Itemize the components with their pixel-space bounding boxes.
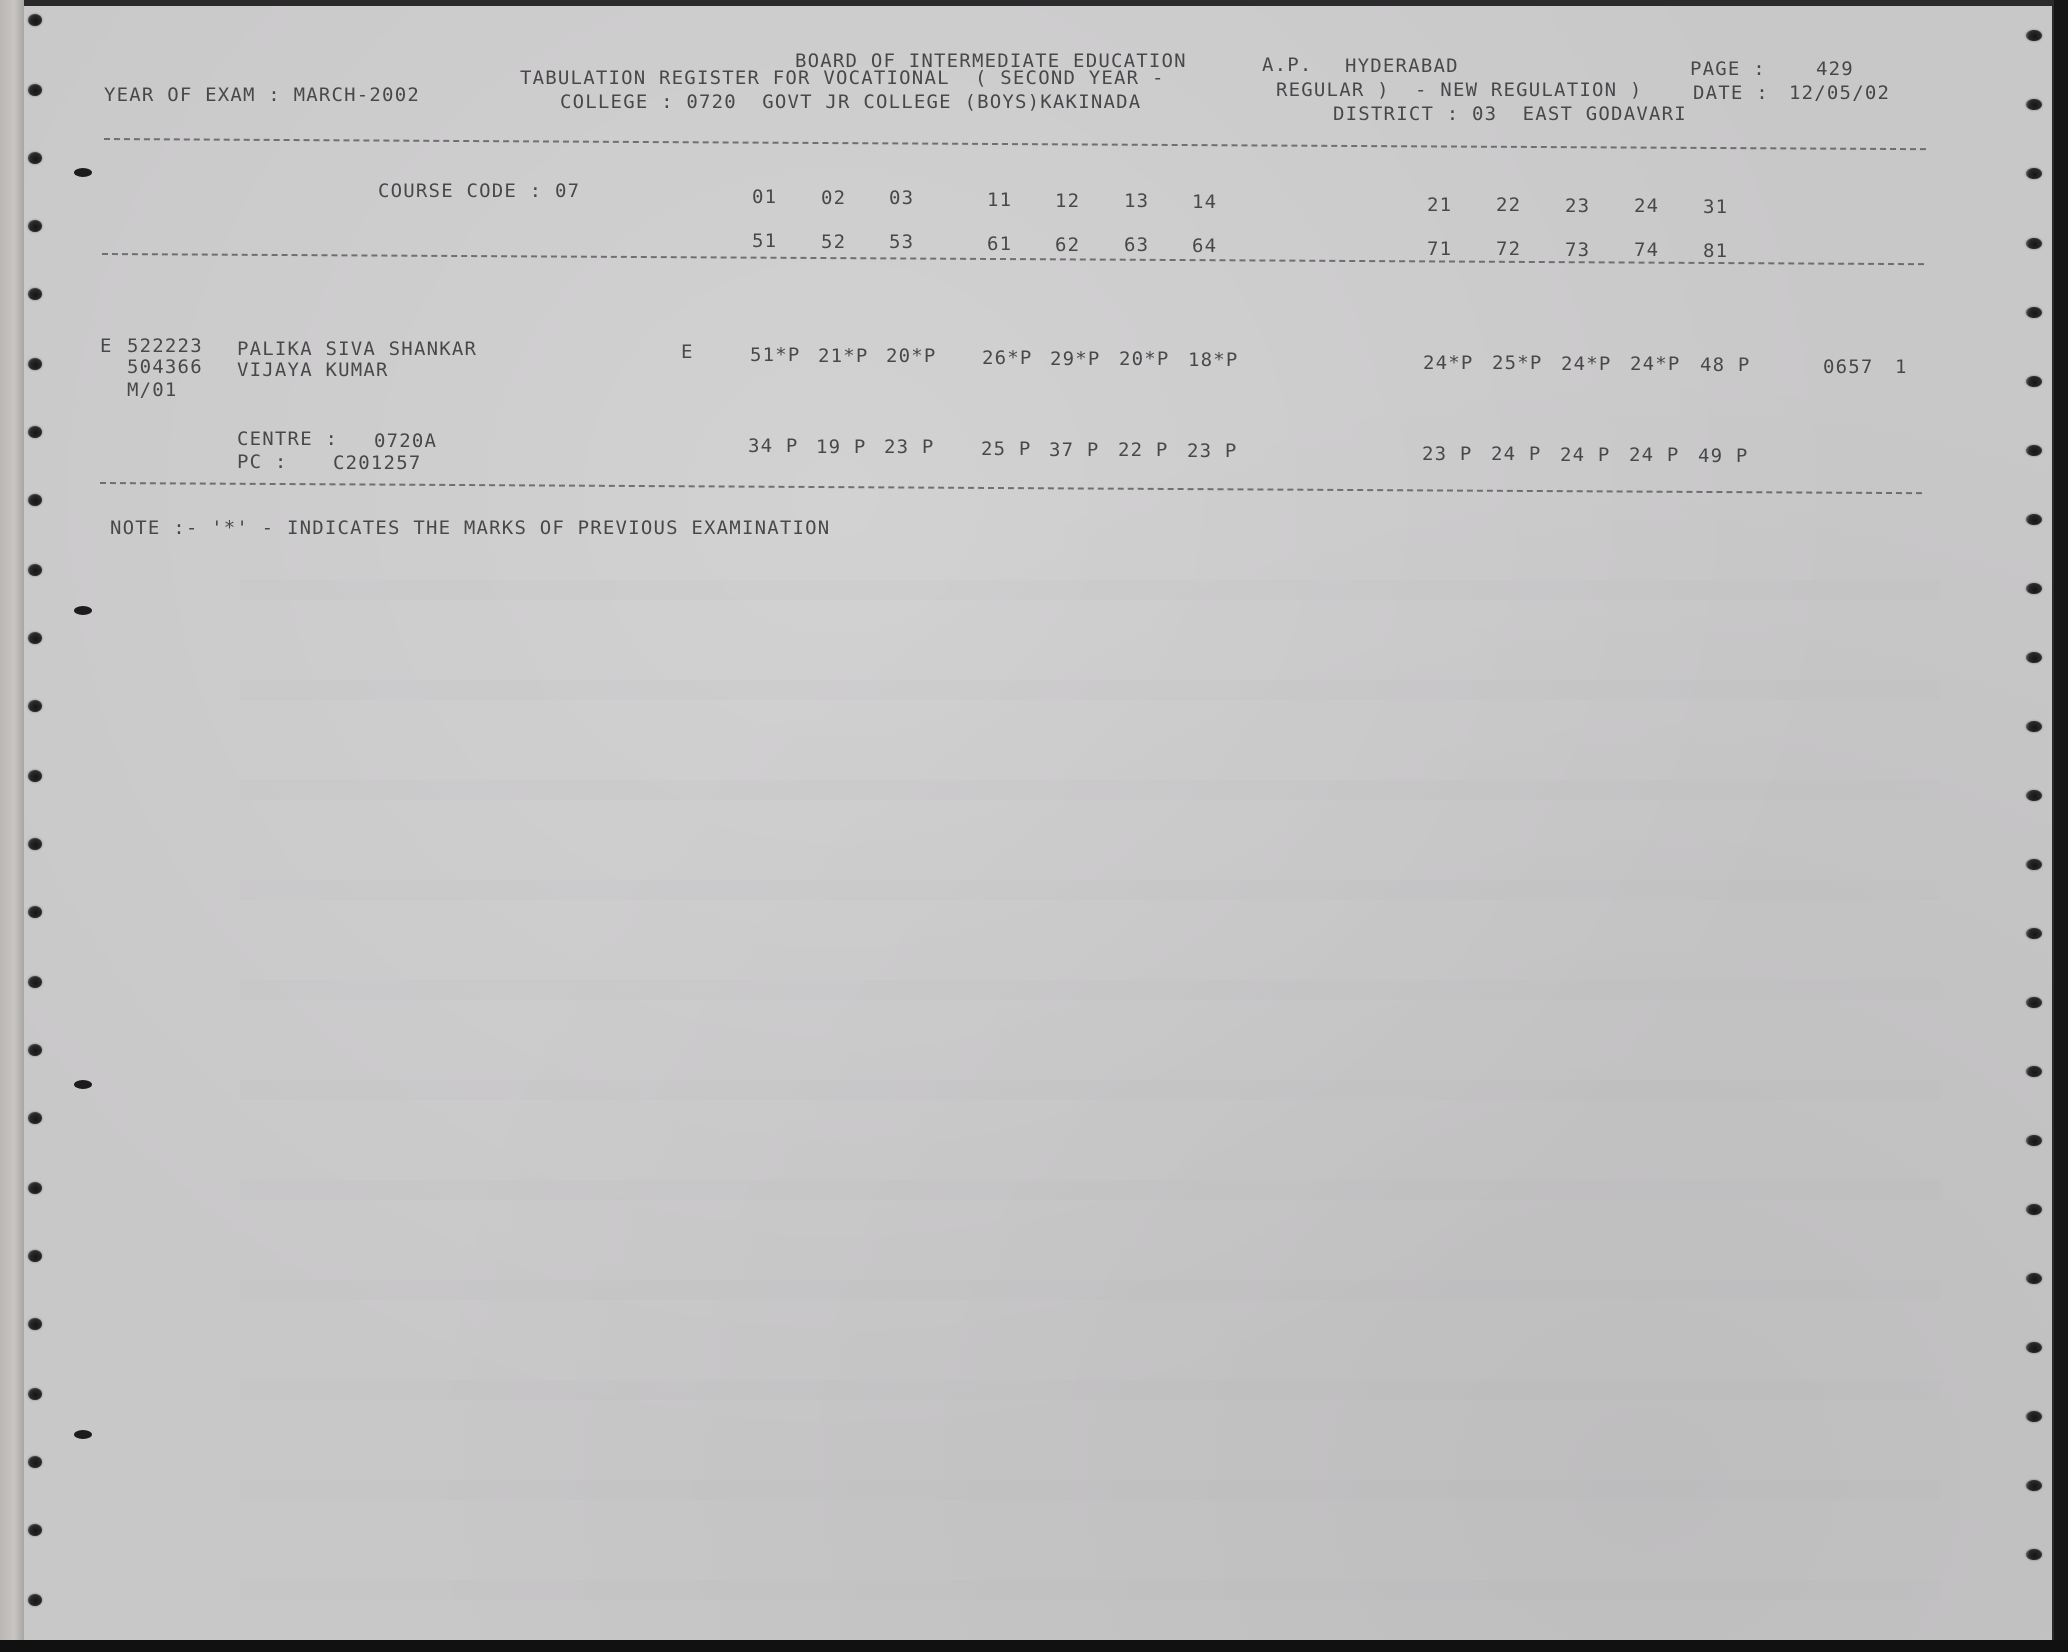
subject-code: 73: [1565, 239, 1590, 261]
subject-mark: 23 P: [884, 436, 935, 458]
sprocket-hole-icon: [2026, 859, 2042, 870]
sprocket-hole-icon: [2026, 1480, 2042, 1491]
subject-mark: 29*P: [1050, 348, 1101, 370]
sprocket-hole-icon: [28, 1112, 42, 1124]
sprocket-hole-icon: [28, 152, 42, 164]
regulation: REGULAR ) - NEW REGULATION ): [1276, 79, 1643, 101]
state-code: A.P.: [1262, 54, 1313, 76]
gender-code: M/01: [127, 379, 178, 401]
subject-code: 74: [1634, 239, 1659, 261]
subject-mark: 24 P: [1629, 444, 1680, 466]
subject-code: 52: [821, 231, 846, 253]
sprocket-hole-icon: [28, 770, 42, 782]
sprocket-hole-icon: [28, 288, 42, 300]
subject-mark: 37 P: [1049, 439, 1100, 461]
subject-code: 21: [1427, 194, 1452, 216]
subject-code: 22: [1496, 194, 1521, 216]
sprocket-hole-icon: [2026, 721, 2042, 732]
sprocket-hole-icon: [28, 906, 42, 918]
subject-code: 23: [1565, 195, 1590, 217]
subject-code: 01: [752, 186, 777, 208]
sprocket-hole-icon: [28, 838, 42, 850]
subject-mark: 25 P: [981, 438, 1032, 460]
district-info: DISTRICT : 03 EAST GODAVARI: [1333, 103, 1687, 125]
father-name: VIJAYA KUMAR: [237, 359, 389, 381]
total-marks: 0657: [1823, 356, 1874, 378]
sprocket-hole-icon: [28, 1250, 42, 1262]
sprocket-hole-icon: [28, 1456, 42, 1468]
sprocket-hole-icon: [28, 632, 42, 644]
record-prefix: E: [100, 335, 113, 357]
subject-mark: 51*P: [750, 344, 801, 366]
binder-edge: [0, 0, 24, 1652]
sprocket-hole-icon: [28, 220, 42, 232]
subject-code: 71: [1427, 238, 1452, 260]
punch-mark-icon: [74, 168, 92, 177]
subject-code: 12: [1055, 190, 1080, 212]
sprocket-hole-icon: [28, 426, 42, 438]
sprocket-hole-icon: [28, 14, 42, 26]
subject-mark: 24 P: [1560, 444, 1611, 466]
sprocket-hole-icon: [28, 494, 42, 506]
subject-mark: 26*P: [982, 347, 1033, 369]
subject-code: 61: [987, 233, 1012, 255]
right-dark-edge: [2054, 0, 2068, 1652]
subject-code: 62: [1055, 234, 1080, 256]
sprocket-hole-icon: [28, 84, 42, 96]
subject-mark: 23 P: [1187, 440, 1238, 462]
pc-label: PC :: [237, 451, 288, 473]
sprocket-hole-icon: [2026, 514, 2042, 525]
hall-ticket-number: 522223: [127, 335, 203, 357]
sprocket-hole-icon: [2026, 99, 2042, 110]
subject-mark: 48 P: [1700, 354, 1751, 376]
punch-mark-icon: [74, 1430, 92, 1439]
sprocket-hole-icon: [2026, 583, 2042, 594]
subject-code: 11: [987, 189, 1012, 211]
page-label: PAGE :: [1690, 58, 1766, 80]
subject-code: 02: [821, 187, 846, 209]
sprocket-hole-icon: [2026, 307, 2042, 318]
board-city: HYDERABAD: [1345, 55, 1459, 77]
subject-mark: 23 P: [1422, 443, 1473, 465]
page-number: 429: [1816, 58, 1854, 80]
sprocket-hole-icon: [2026, 1411, 2042, 1422]
sprocket-hole-icon: [28, 1182, 42, 1194]
subject-mark: 20*P: [886, 345, 937, 367]
sprocket-hole-icon: [2026, 168, 2042, 179]
subject-mark: 24 P: [1491, 443, 1542, 465]
sprocket-hole-icon: [28, 1524, 42, 1536]
course-code-label: COURSE CODE : 07: [378, 180, 580, 202]
report-date: 12/05/02: [1789, 82, 1890, 104]
student-name: PALIKA SIVA SHANKAR: [237, 338, 477, 360]
sprocket-hole-icon: [2026, 1066, 2042, 1077]
subject-code: 14: [1192, 191, 1217, 213]
sprocket-hole-icon: [28, 564, 42, 576]
subject-code: 51: [752, 230, 777, 252]
sprocket-hole-icon: [28, 700, 42, 712]
punch-mark-icon: [74, 1080, 92, 1089]
punch-mark-icon: [74, 606, 92, 615]
sprocket-hole-icon: [2026, 1135, 2042, 1146]
subject-code: 13: [1124, 190, 1149, 212]
subject-code: 81: [1703, 240, 1728, 262]
college-info: COLLEGE : 0720 GOVT JR COLLEGE (BOYS)KAK…: [560, 91, 1141, 113]
subject-code: 24: [1634, 195, 1659, 217]
sprocket-hole-icon: [28, 976, 42, 988]
sprocket-hole-icon: [28, 1044, 42, 1056]
sprocket-hole-icon: [2026, 1549, 2042, 1560]
sprocket-hole-icon: [2026, 997, 2042, 1008]
sprocket-hole-icon: [28, 1318, 42, 1330]
sprocket-hole-icon: [28, 1388, 42, 1400]
subject-code: 64: [1192, 235, 1217, 257]
sprocket-hole-icon: [2026, 652, 2042, 663]
subject-mark: 25*P: [1492, 352, 1543, 374]
registration-number: 504366: [127, 356, 203, 378]
sprocket-hole-icon: [2026, 238, 2042, 249]
subject-code: 53: [889, 231, 914, 253]
subject-mark: 24*P: [1561, 353, 1612, 375]
subject-mark: 34 P: [748, 435, 799, 457]
sprocket-hole-icon: [28, 1594, 42, 1606]
subject-code: 63: [1124, 234, 1149, 256]
centre-label: CENTRE :: [237, 428, 338, 450]
subject-mark: 19 P: [816, 436, 867, 458]
medium-code: E: [681, 341, 694, 363]
year-of-exam: YEAR OF EXAM : MARCH-2002: [104, 84, 420, 106]
sprocket-hole-icon: [2026, 445, 2042, 456]
centre-code: 0720A: [374, 430, 437, 452]
subject-mark: 24*P: [1423, 352, 1474, 374]
sprocket-hole-icon: [2026, 1204, 2042, 1215]
sprocket-hole-icon: [2026, 1342, 2042, 1353]
sprocket-hole-icon: [2026, 928, 2042, 939]
sprocket-hole-icon: [2026, 790, 2042, 801]
subject-mark: 18*P: [1188, 349, 1239, 371]
result-division: 1: [1895, 356, 1908, 378]
subject-mark: 24*P: [1630, 353, 1681, 375]
register-title: TABULATION REGISTER FOR VOCATIONAL ( SEC…: [520, 67, 1165, 89]
subject-mark: 22 P: [1118, 439, 1169, 461]
subject-code: 31: [1703, 196, 1728, 218]
subject-mark: 49 P: [1698, 445, 1749, 467]
pc-number: C201257: [333, 452, 421, 474]
sprocket-hole-icon: [28, 358, 42, 370]
subject-mark: 21*P: [818, 345, 869, 367]
sprocket-hole-icon: [2026, 30, 2042, 41]
subject-code: 72: [1496, 238, 1521, 260]
bottom-dark-edge: [0, 1640, 2068, 1652]
date-label: DATE :: [1693, 82, 1769, 104]
top-dark-edge: [560, 0, 2068, 6]
subject-mark: 20*P: [1119, 348, 1170, 370]
sprocket-hole-icon: [2026, 1273, 2042, 1284]
sprocket-hole-icon: [2026, 376, 2042, 387]
subject-code: 03: [889, 187, 914, 209]
